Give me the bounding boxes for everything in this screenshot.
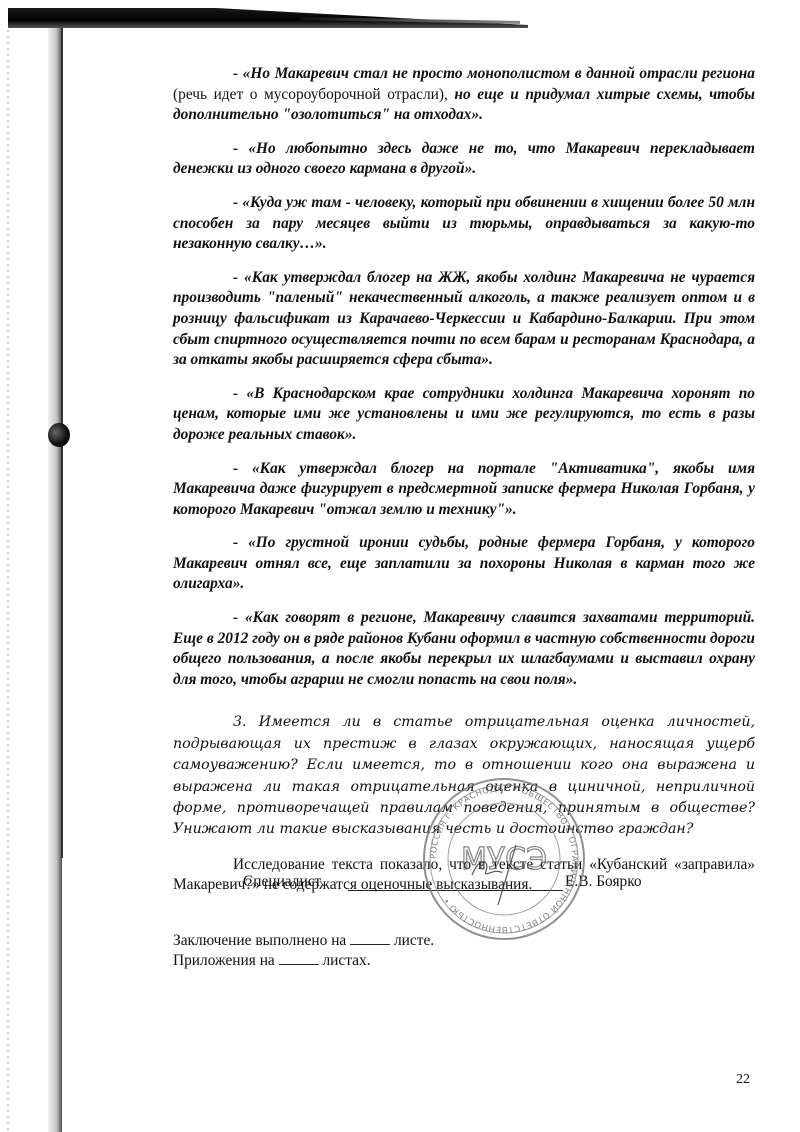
appendix-sheets-suffix: листах. [323,952,371,969]
quote-paragraph: - «По грустной иронии судьбы, родные фер… [173,533,755,595]
quote-paragraph: - «Как говорят в регионе, Макаревичу сла… [173,608,755,690]
quote-text: - «Куда уж там - человеку, который при о… [173,194,755,252]
footer-info: Заключение выполнено на листе. Приложени… [173,930,434,970]
quote-text: - «Как говорят в регионе, Макаревичу сла… [173,609,755,688]
quote-paragraph: - «Но Макаревич стал не просто монополис… [173,64,755,126]
conclusion-sheets-label: Заключение выполнено на [173,932,346,949]
document-body: - «Но Макаревич стал не просто монополис… [173,64,755,896]
scan-edge-top [8,8,528,28]
quote-text: - «Но Макаревич стал не просто монополис… [233,65,755,82]
scan-binding-shadow [48,28,62,1132]
appendix-sheets-label: Приложения на [173,952,275,969]
scan-edge-left-dots [7,30,9,1130]
note-text: (речь идет о мусороуборочной отрасли), [173,86,454,103]
quote-text: - «В Краснодарском крае сотрудники холди… [173,385,755,443]
quote-paragraph: - «Как утверждал блогер на ЖЖ, якобы хол… [173,268,755,371]
page-number: 22 [736,1072,750,1088]
quote-paragraph: - «Но любопытно здесь даже не то, что Ма… [173,139,755,180]
conclusion-sheets-blank [350,930,390,945]
quote-list: - «Но Макаревич стал не просто монополис… [173,64,755,690]
appendix-sheets-blank [279,950,319,965]
quote-text: - «Но любопытно здесь даже не то, что Ма… [173,140,755,178]
appendix-sheets-line: Приложения на листах. [173,950,434,970]
quote-text: - «По грустной иронии судьбы, родные фер… [173,534,755,592]
punch-hole [48,423,70,447]
signature-label: Специалист [243,873,343,891]
conclusion-sheets-line: Заключение выполнено на листе. [173,930,434,950]
quote-paragraph: - «В Краснодарском крае сотрудники холди… [173,384,755,446]
quote-text: - «Как утверждал блогер на ЖЖ, якобы хол… [173,269,755,368]
quote-paragraph: - «Куда уж там - человеку, который при о… [173,193,755,255]
stamp-seal: РОССИЯ г. КРАСНОДАР • ОБЩЕСТВО С ОГРАНИЧ… [420,775,588,943]
quote-paragraph: - «Как утверждал блогер на портале "Акти… [173,459,755,521]
conclusion-sheets-suffix: листе. [394,932,434,949]
quote-text: - «Как утверждал блогер на портале "Акти… [173,460,755,518]
